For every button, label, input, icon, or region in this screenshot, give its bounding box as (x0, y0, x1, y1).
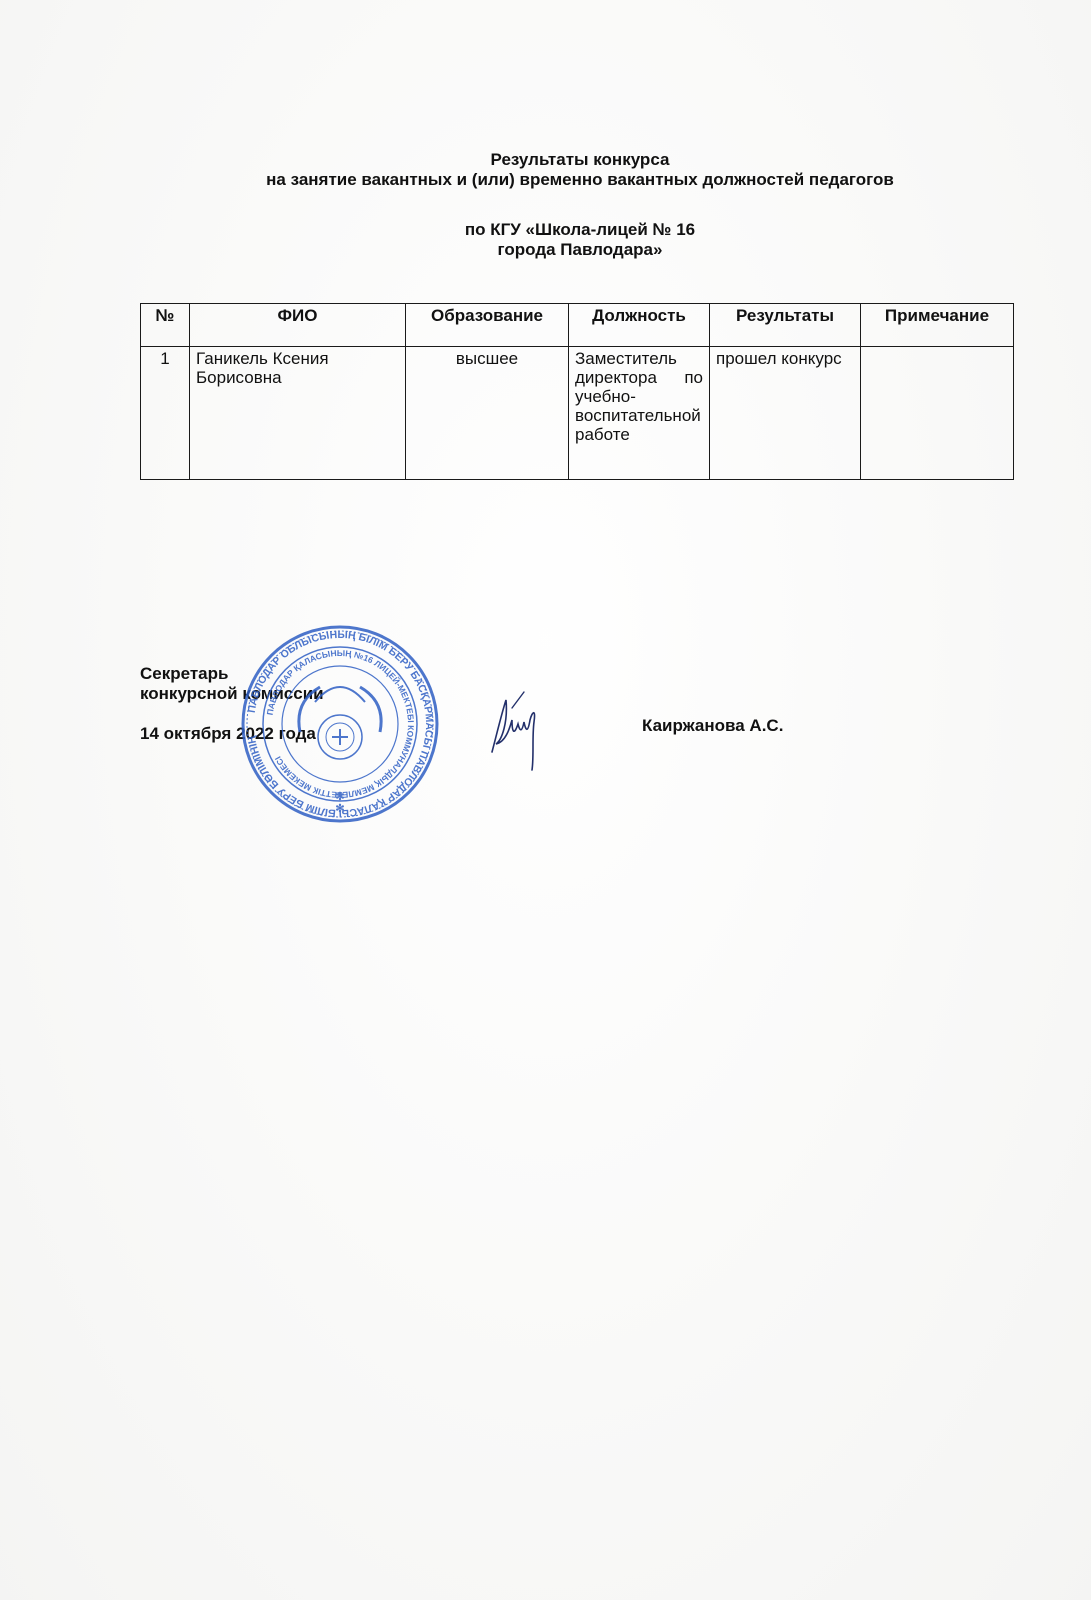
cell-fio: Ганикель Ксения Борисовна (190, 347, 406, 480)
results-table: № ФИО Образование Должность Результаты П… (140, 303, 1014, 480)
organization-name: по КГУ «Школа-лицей № 16 (150, 220, 1010, 240)
cell-position: Заместитель директора по учебно-воспитат… (569, 347, 710, 480)
document-subtitle: на занятие вакантных и (или) временно ва… (150, 170, 1010, 190)
cell-result: прошел конкурс (710, 347, 861, 480)
header-result: Результаты (710, 304, 861, 347)
handwritten-signature-icon (482, 682, 552, 772)
header-position: Должность (569, 304, 710, 347)
table-row: 1 Ганикель Ксения Борисовна высшее Замес… (141, 347, 1014, 480)
svg-text:✻: ✻ (335, 791, 344, 803)
header-note: Примечание (861, 304, 1014, 347)
cell-number: 1 (141, 347, 190, 480)
document-header: Результаты конкурса на занятие вакантных… (150, 150, 1010, 260)
document-title: Результаты конкурса (150, 150, 1010, 170)
svg-text:✻: ✻ (335, 803, 344, 815)
cell-education: высшее (406, 347, 569, 480)
header-fio: ФИО (190, 304, 406, 347)
signer-name: Каиржанова А.С. (642, 716, 783, 736)
table-header-row: № ФИО Образование Должность Результаты П… (141, 304, 1014, 347)
svg-text:ПАВЛОДАР ҚАЛАСЫНЫҢ №16 ЛИЦЕЙ-М: ПАВЛОДАР ҚАЛАСЫНЫҢ №16 ЛИЦЕЙ-МЕКТЕБІ КОМ… (265, 648, 416, 800)
official-stamp-icon: ПАВЛОДАР ОБЛЫСЫНЫҢ БІЛІМ БЕРУ БАСҚАРМАСЫ… (240, 622, 440, 827)
header-education: Образование (406, 304, 569, 347)
cell-note (861, 347, 1014, 480)
header-number: № (141, 304, 190, 347)
organization-city: города Павлодара» (150, 240, 1010, 260)
